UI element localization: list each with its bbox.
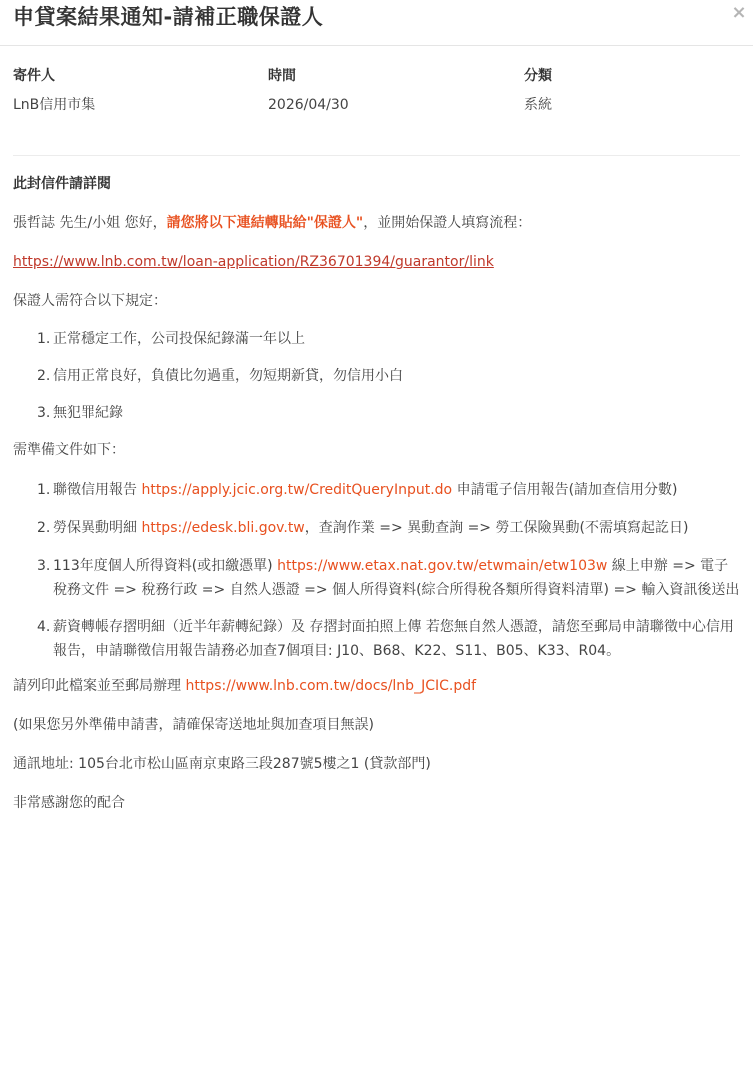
category-value: 系統 <box>524 95 552 115</box>
sender-field: 寄件人 LnB信用市集 <box>13 66 95 115</box>
item-number: 2. <box>37 516 50 540</box>
message-meta: 寄件人 LnB信用市集 時間 2026/04/30 分類 系統 <box>13 46 740 156</box>
list-item: 3.無犯罪紀錄 <box>37 403 740 423</box>
item-text: 聯徵信用報告 <box>53 482 141 498</box>
item-number: 4. <box>37 615 50 639</box>
item-text: 薪資轉帳存摺明細（近半年薪轉紀錄）及 存摺封面拍照上傳 若您無自然人憑證，請您至… <box>53 619 734 659</box>
item-text: 勞保異動明細 <box>53 520 141 536</box>
documents-list: 1.聯徵信用報告 https://apply.jcic.org.tw/Credi… <box>37 478 740 663</box>
print-text: 請列印此檔案並至郵局辦理 <box>13 678 185 694</box>
time-value: 2026/04/30 <box>268 95 349 115</box>
greeting-text: 張哲誌 先生/小姐 您好， <box>13 215 167 231</box>
item-text: 無犯罪紀錄 <box>53 405 123 421</box>
item-text: 申請電子信用報告(請加查信用分數) <box>452 482 677 498</box>
guarantor-link[interactable]: https://www.lnb.com.tw/loan-application/… <box>13 254 494 270</box>
print-paragraph: 請列印此檔案並至郵局辦理 https://www.lnb.com.tw/docs… <box>13 676 740 696</box>
greeting-highlight: 請您將以下連結轉貼給"保證人" <box>167 215 364 231</box>
bli-link[interactable]: https://edesk.bli.gov.tw <box>141 520 304 536</box>
requirements-heading: 保證人需符合以下規定： <box>13 291 740 311</box>
etax-link[interactable]: https://www.etax.nat.gov.tw/etwmain/etw1… <box>277 558 607 574</box>
item-text: 113年度個人所得資料(或扣繳憑單) <box>53 558 277 574</box>
jcic-pdf-link[interactable]: https://www.lnb.com.tw/docs/lnb_JCIC.pdf <box>185 678 476 694</box>
item-text: ，查詢作業 => 異動查詢 => 勞工保險異動(不需填寫起訖日) <box>305 520 689 536</box>
close-icon[interactable]: × <box>731 4 747 22</box>
item-number: 1. <box>37 329 50 349</box>
category-label: 分類 <box>524 66 552 86</box>
intro-title: 此封信件請詳閱 <box>13 174 740 194</box>
list-item: 2.勞保異動明細 https://edesk.bli.gov.tw，查詢作業 =… <box>37 516 740 540</box>
note-paragraph: (如果您另外準備申請書，請確保寄送地址與加查項目無誤) <box>13 715 740 735</box>
greeting-paragraph: 張哲誌 先生/小姐 您好，請您將以下連結轉貼給"保證人"，並開始保證人填寫流程： <box>13 213 740 233</box>
list-item: 1.聯徵信用報告 https://apply.jcic.org.tw/Credi… <box>37 478 740 502</box>
message-modal: 申貸案結果通知-請補正職保證人 × 寄件人 LnB信用市集 時間 2026/04… <box>0 0 753 1065</box>
greeting-tail: ，並開始保證人填寫流程： <box>363 215 531 231</box>
guarantor-link-paragraph: https://www.lnb.com.tw/loan-application/… <box>13 252 740 272</box>
item-number: 2. <box>37 366 50 386</box>
list-item: 2.信用正常良好，負債比勿過重，勿短期新貸，勿信用小白 <box>37 366 740 386</box>
list-item: 1.正常穩定工作，公司投保紀錄滿一年以上 <box>37 329 740 349</box>
documents-heading: 需準備文件如下： <box>13 440 740 460</box>
modal-title: 申貸案結果通知-請補正職保證人 <box>13 3 323 31</box>
message-body: 此封信件請詳閱 張哲誌 先生/小姐 您好，請您將以下連結轉貼給"保證人"，並開始… <box>0 156 753 813</box>
thanks-paragraph: 非常感謝您的配合 <box>13 793 740 813</box>
item-number: 3. <box>37 554 50 578</box>
sender-label: 寄件人 <box>13 66 95 86</box>
item-number: 3. <box>37 403 50 423</box>
time-field: 時間 2026/04/30 <box>268 66 349 115</box>
address-paragraph: 通訊地址: 105台北市松山區南京東路三段287號5樓之1 (貸款部門) <box>13 754 740 774</box>
list-item: 4.薪資轉帳存摺明細（近半年薪轉紀錄）及 存摺封面拍照上傳 若您無自然人憑證，請… <box>37 615 740 663</box>
list-item: 3.113年度個人所得資料(或扣繳憑單) https://www.etax.na… <box>37 554 740 602</box>
time-label: 時間 <box>268 66 349 86</box>
item-text: 正常穩定工作，公司投保紀錄滿一年以上 <box>53 331 305 347</box>
item-text: 信用正常良好，負債比勿過重，勿短期新貸，勿信用小白 <box>53 368 403 384</box>
item-number: 1. <box>37 478 50 502</box>
sender-value: LnB信用市集 <box>13 95 95 115</box>
jcic-link[interactable]: https://apply.jcic.org.tw/CreditQueryInp… <box>141 482 452 498</box>
category-field: 分類 系統 <box>524 66 552 115</box>
modal-header: 申貸案結果通知-請補正職保證人 × <box>0 0 753 46</box>
requirements-list: 1.正常穩定工作，公司投保紀錄滿一年以上 2.信用正常良好，負債比勿過重，勿短期… <box>37 329 740 423</box>
